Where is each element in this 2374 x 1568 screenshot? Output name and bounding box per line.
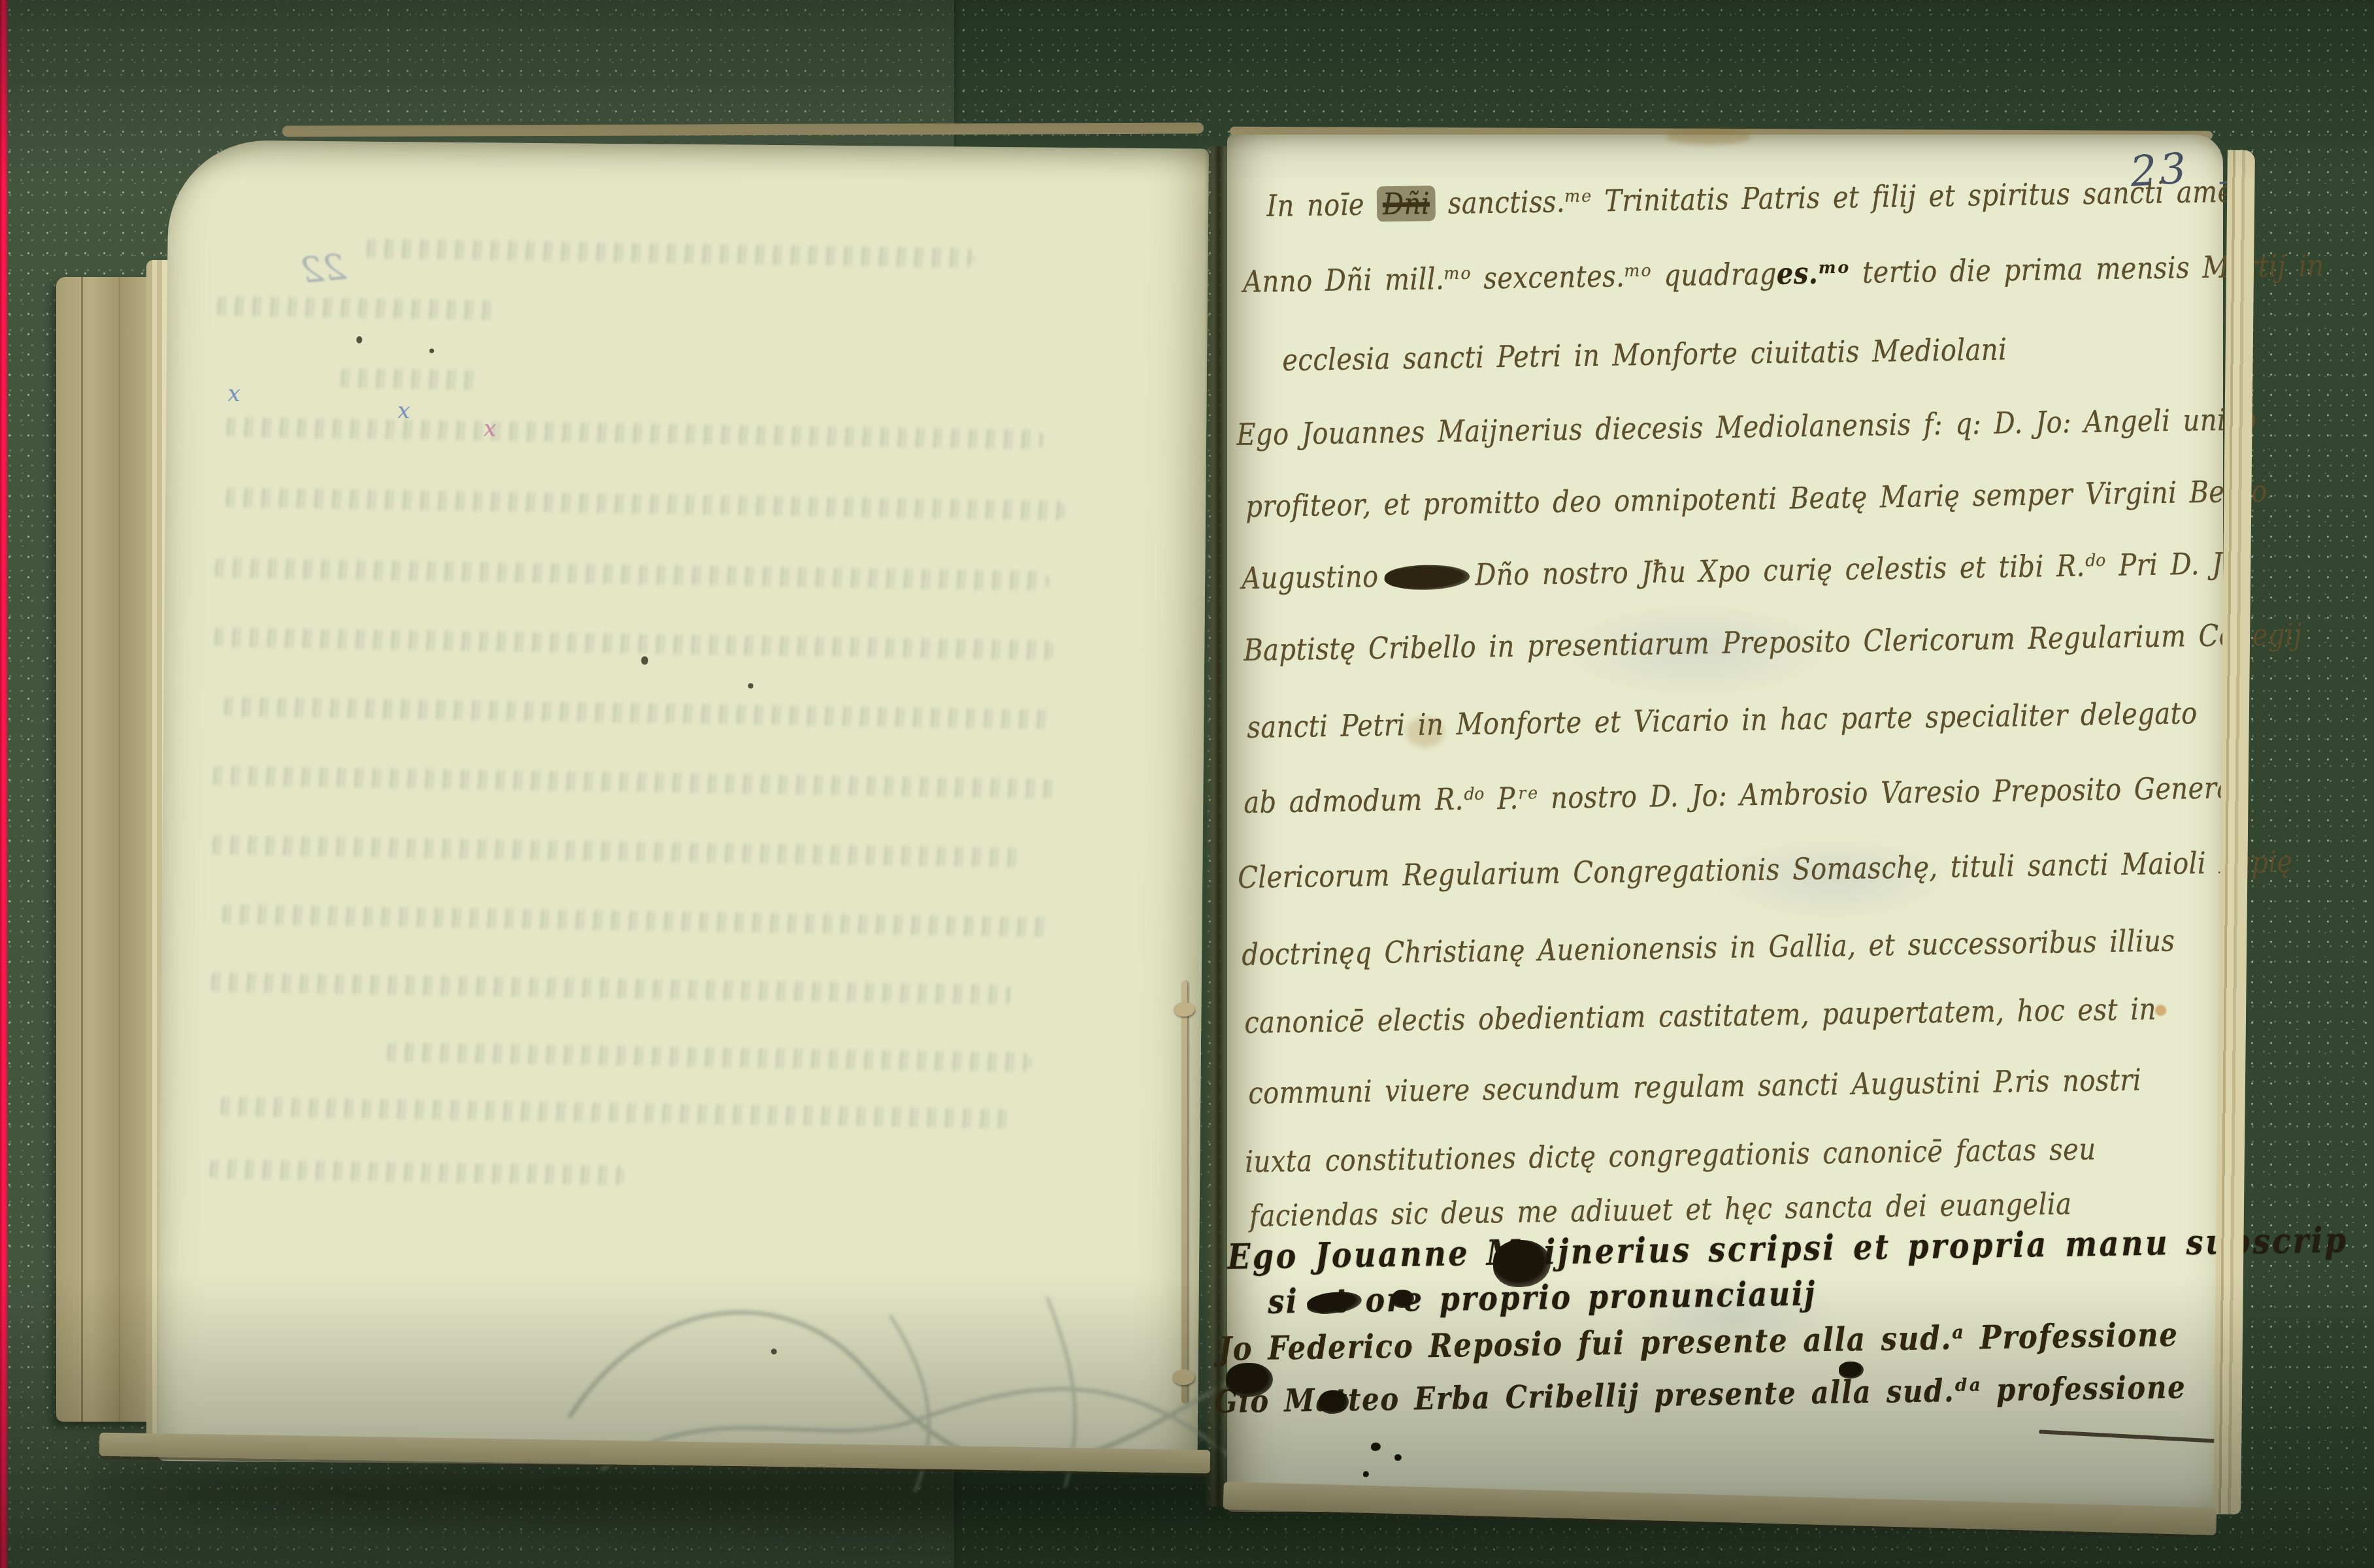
ink-speck (429, 348, 434, 353)
binding-cord (1181, 981, 1187, 1403)
bleedthrough-line (218, 1096, 1012, 1128)
line6-pre: Augustino (1242, 559, 1379, 596)
bleedthrough-line (363, 238, 974, 268)
bleedthrough-line (210, 766, 1056, 798)
paper-stain (2155, 1005, 2166, 1016)
bleedthrough-line (209, 835, 1026, 868)
margin-mark: x (484, 416, 497, 442)
faint-page-number-22: 22 (299, 246, 347, 291)
bleedthrough-line (211, 627, 1054, 660)
bleedthrough-line (206, 1159, 625, 1185)
scan-edge-red-strip (0, 0, 7, 1568)
bleedthrough-line (208, 972, 1012, 1004)
binding-knot (1172, 1369, 1195, 1385)
ink-blot-over-word (1382, 564, 1472, 591)
line1-struck-word: Dñi (1377, 186, 1436, 221)
bleedthrough-line (221, 696, 1054, 729)
ink-speck (641, 656, 648, 664)
book-gutter (1204, 146, 1230, 1507)
margin-mark: x (397, 398, 410, 424)
margin-mark: x (227, 381, 240, 407)
bleedthrough-line (219, 904, 1052, 937)
bleedthrough-line (223, 487, 1066, 520)
line2-insert: es.ᵐᵒ (1777, 255, 1851, 291)
manuscript-scan: 22 x x x (0, 0, 2374, 1568)
ink-blot (1363, 1471, 1369, 1477)
ink-speck (356, 336, 362, 344)
paper-stain (1666, 128, 1751, 145)
bleedthrough-line (384, 1042, 1031, 1072)
bleedthrough-line (338, 368, 478, 390)
line1-pre: In noīe (1266, 186, 1377, 223)
ink-speck (748, 683, 753, 689)
binding-knot (1174, 1002, 1195, 1017)
bleedthrough-line (223, 417, 1044, 449)
bleedthrough-line (212, 558, 1048, 591)
ink-speck (771, 1348, 777, 1354)
bleedthrough-line (214, 296, 495, 320)
left-page-verso: 22 x x x (157, 140, 1209, 1470)
